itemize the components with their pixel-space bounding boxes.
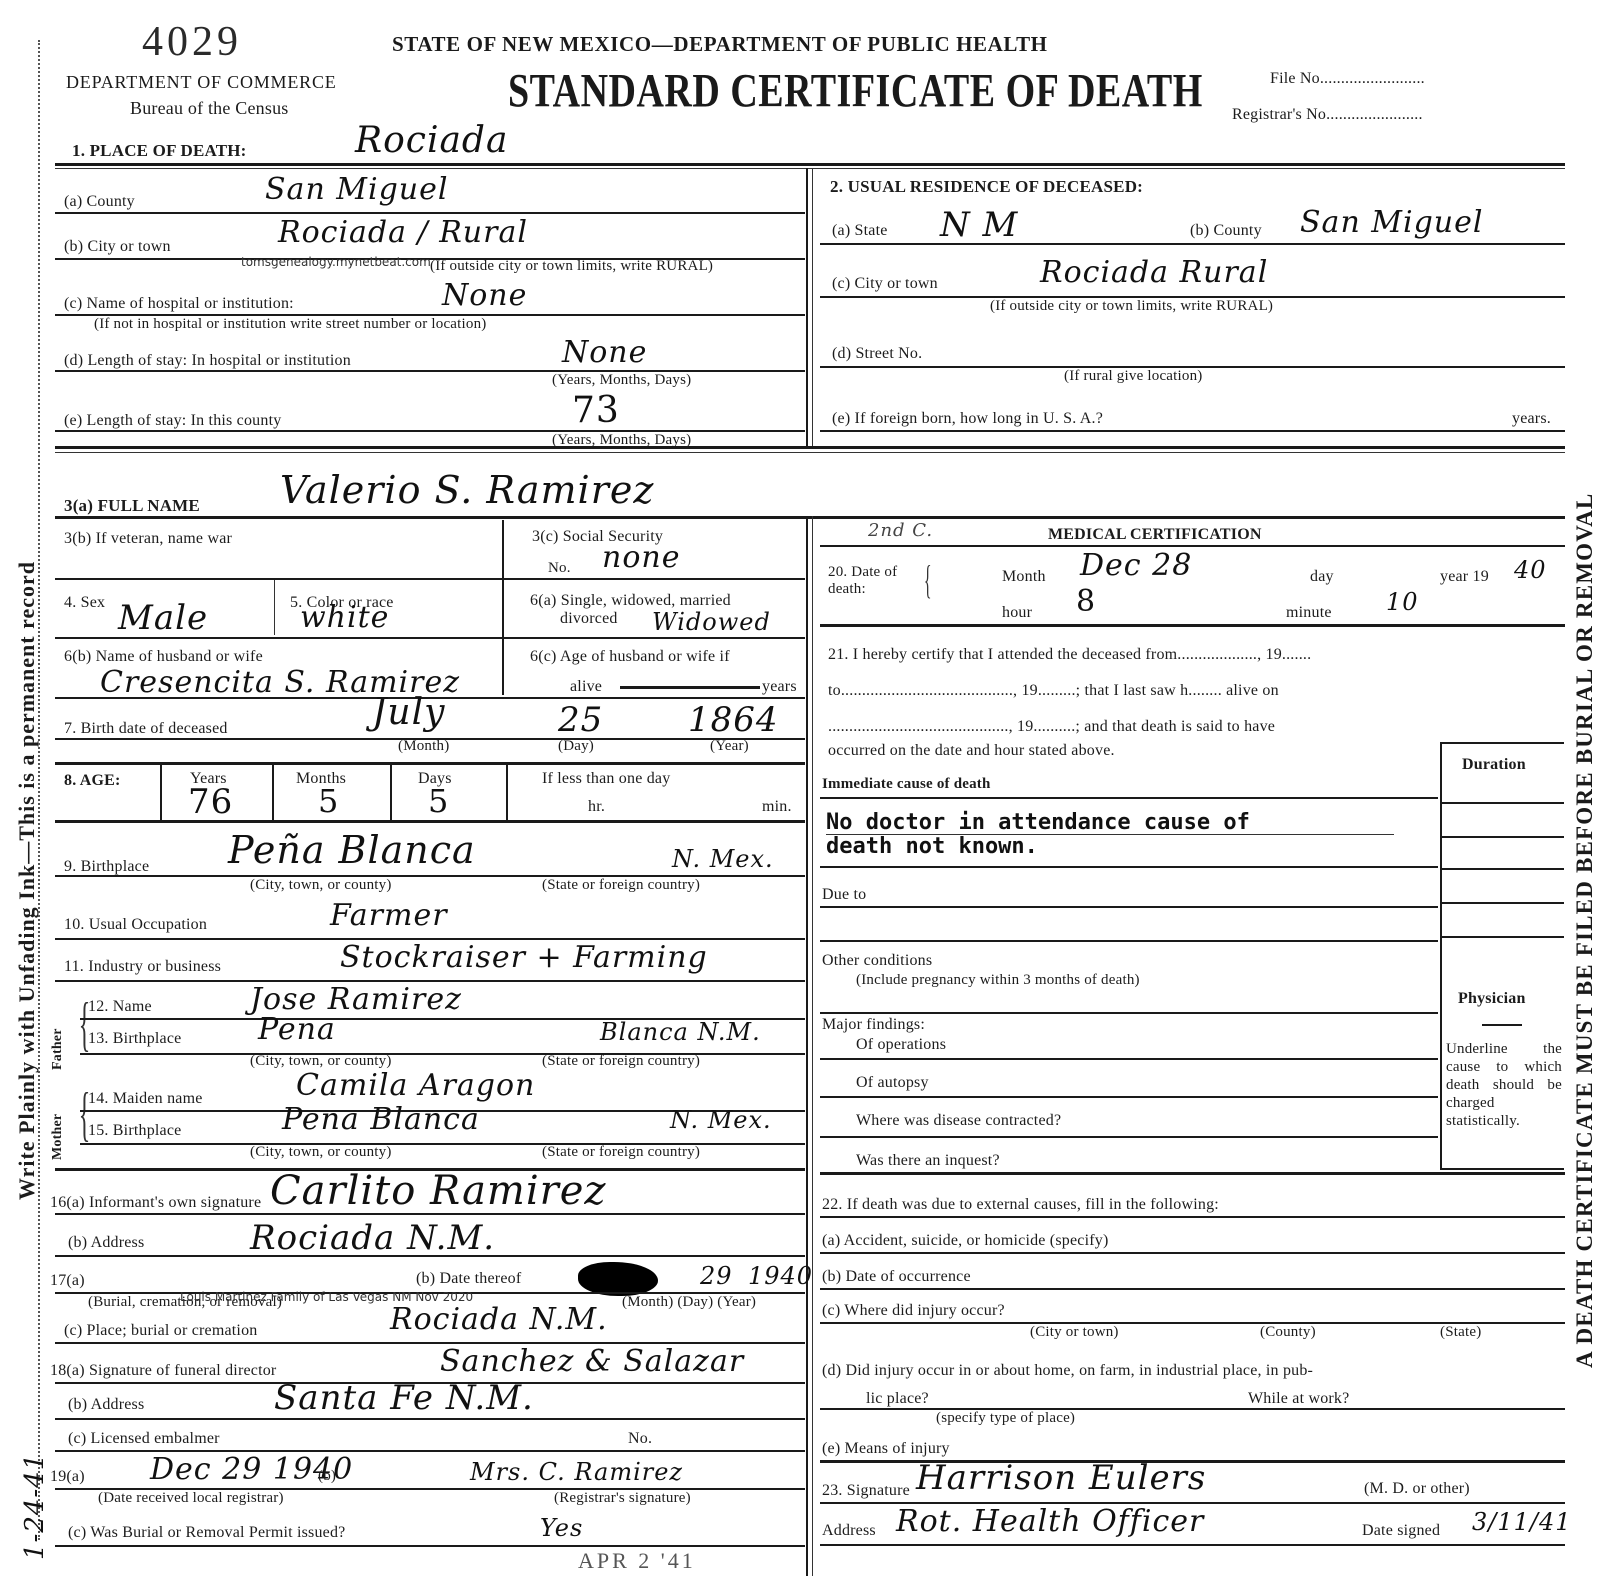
death-minute-label: minute (1286, 604, 1332, 622)
min-label: min. (762, 798, 792, 816)
age-years[interactable]: 76 (188, 782, 233, 822)
hospital-value[interactable]: None (442, 278, 527, 313)
birth-year-hint: (Year) (710, 738, 749, 755)
informant-signature-label: 16(a) Informant's own signature (50, 1194, 261, 1212)
res-state-label: (a) State (832, 222, 888, 240)
immediate-cause-line-1[interactable]: No doctor in attendance cause of (826, 810, 1250, 835)
father-birthplace-label: 13. Birthplace (88, 1030, 181, 1048)
mother-birthplace-state[interactable]: N. Mex. (670, 1106, 772, 1134)
marital-value[interactable]: Widowed (652, 608, 771, 636)
burial-date-year[interactable]: 1940 (748, 1262, 813, 1290)
due-to-label: Due to (822, 886, 866, 904)
res-county-value[interactable]: San Miguel (1300, 205, 1483, 240)
age-label: 8. AGE: (64, 772, 121, 790)
federal-department: DEPARTMENT OF COMMERCE (66, 72, 337, 93)
physician-address-label: Address (822, 1522, 876, 1540)
sex-value[interactable]: Male (118, 598, 208, 638)
stay-hospital-label: (d) Length of stay: In hospital or insti… (64, 352, 351, 370)
date-signed-label: Date signed (1362, 1522, 1440, 1540)
funeral-director-address[interactable]: Santa Fe N.M. (274, 1378, 534, 1418)
birth-date-label: 7. Birth date of deceased (64, 720, 228, 738)
birth-month-hint: (Month) (398, 738, 449, 755)
physician-signature[interactable]: Harrison Eulers (916, 1458, 1206, 1498)
death-date-label: 20. Date of death: (828, 564, 908, 598)
mother-state-hint: (State or foreign country) (542, 1144, 700, 1161)
stay-hospital-value[interactable]: None (562, 335, 647, 370)
spouse-age-alive: alive (570, 678, 602, 696)
spouse-label: 6(b) Name of husband or wife (64, 648, 263, 666)
physician-address[interactable]: Rot. Health Officer (896, 1504, 1204, 1539)
father-name-label: 12. Name (88, 998, 152, 1016)
birthplace-city-hint: (City, town, or county) (250, 877, 392, 894)
mother-birthplace-label: 15. Birthplace (88, 1122, 181, 1140)
mother-birthplace-city[interactable]: Pena Blanca (282, 1102, 480, 1137)
registrar-date-hint: (Date received local registrar) (98, 1490, 284, 1507)
stay-county-label: (e) Length of stay: In this county (64, 412, 281, 430)
sex-label: 4. Sex (64, 594, 105, 612)
occupation-label: 10. Usual Occupation (64, 916, 207, 934)
death-hour[interactable]: 8 (1076, 584, 1096, 619)
death-year-label: year 19 (1440, 568, 1489, 586)
physician-label: Physician (1458, 990, 1526, 1008)
city-value[interactable]: Rociada / Rural (278, 215, 528, 250)
external-causes-label: 22. If death was due to external causes,… (822, 1196, 1219, 1214)
mother-side-label: Mother (50, 1114, 66, 1160)
father-birthplace-state[interactable]: Blanca N.M. (600, 1018, 761, 1046)
registrar-date-label: 19(a) (50, 1468, 85, 1486)
embalmer-no-label: No. (628, 1430, 652, 1448)
industry-label: 11. Industry or business (64, 958, 221, 976)
funeral-director[interactable]: Sanchez & Salazar (440, 1344, 744, 1379)
death-month[interactable]: Dec 28 (1080, 548, 1192, 583)
external-e-label: (e) Means of injury (822, 1440, 950, 1458)
state-department-heading: STATE OF NEW MEXICO—DEPARTMENT OF PUBLIC… (392, 32, 1048, 57)
res-city-value[interactable]: Rociada Rural (1040, 255, 1268, 290)
birthplace-state[interactable]: N. Mex. (672, 845, 774, 873)
informant-address[interactable]: Rociada N.M. (250, 1218, 495, 1258)
burial-place-label: (c) Place; burial or cremation (64, 1322, 257, 1340)
age-days[interactable]: 5 (428, 782, 449, 820)
mother-name[interactable]: Camila Aragon (296, 1068, 535, 1103)
left-perforation (38, 40, 41, 1540)
burial-label: 17(a) (50, 1272, 85, 1290)
external-c-label: (c) Where did injury occur? (822, 1302, 1005, 1320)
race-value[interactable]: white (300, 600, 389, 635)
inquest-label: Was there an inquest? (856, 1152, 1000, 1170)
left-handwritten-date: 1-24-41 (20, 1453, 50, 1560)
external-d-label-2: lic place? (866, 1390, 929, 1408)
stay-county-value[interactable]: 73 (572, 390, 620, 431)
certificate-number: 4029 (142, 18, 242, 66)
ss-no-label: No. (548, 560, 571, 577)
registrar-signature[interactable]: Mrs. C. Ramirez (470, 1458, 683, 1486)
funeral-director-label: 18(a) Signature of funeral director (50, 1362, 276, 1380)
external-c-city: (City or town) (1030, 1324, 1119, 1341)
certificate-title: STANDARD CERTIFICATE OF DEATH (508, 64, 1203, 119)
burial-place[interactable]: Rociada N.M. (390, 1302, 608, 1337)
left-margin-notice: Write Plainly with Unfading Ink—This is … (14, 561, 40, 1200)
city-hint: (If outside city or town limits, write R… (430, 258, 713, 275)
registrar-no-field[interactable]: Registrar's No....................... (1232, 106, 1423, 124)
veteran-label: 3(b) If veteran, name war (64, 530, 232, 548)
informant-address-label: (b) Address (68, 1234, 144, 1252)
less-day-label: If less than one day (542, 770, 670, 788)
registrar-sig-hint: (Registrar's signature) (554, 1490, 691, 1507)
birthplace-city[interactable]: Peña Blanca (228, 828, 476, 872)
certify-line-4: occurred on the date and hour stated abo… (828, 742, 1115, 760)
external-c-state: (State) (1440, 1324, 1481, 1341)
underline-note: Underline the cause to which death shoul… (1446, 1040, 1562, 1130)
res-state-value[interactable]: N M (940, 205, 1018, 245)
marital-label-2: divorced (560, 610, 618, 628)
date-signed[interactable]: 3/11/41 (1472, 1508, 1572, 1536)
permit-label: (c) Was Burial or Removal Permit issued? (68, 1524, 345, 1542)
death-year[interactable]: 40 (1514, 556, 1547, 584)
received-stamp: APR 2 '41 (578, 1548, 696, 1574)
occupation-value[interactable]: Farmer (330, 898, 448, 933)
autopsy-label: Of autopsy (856, 1074, 929, 1092)
external-c-county: (County) (1260, 1324, 1316, 1341)
age-months[interactable]: 5 (318, 782, 339, 820)
death-minute[interactable]: 10 (1386, 588, 1419, 616)
res-city-hint: (If outside city or town limits, write R… (990, 298, 1273, 315)
immediate-cause-label: Immediate cause of death (822, 776, 991, 793)
informant-signature[interactable]: Carlito Ramirez (270, 1168, 607, 1214)
death-date-brace-icon: { (924, 556, 932, 603)
external-a-label: (a) Accident, suicide, or homicide (spec… (822, 1232, 1108, 1250)
residence-heading: 2. USUAL RESIDENCE OF DECEASED: (830, 177, 1143, 197)
burial-date-hint: (Month) (Day) (Year) (622, 1294, 756, 1311)
watermark-site: tomsgenealogy.mynetbeat.com (241, 255, 431, 269)
certify-line-1: 21. I hereby certify that I attended the… (828, 646, 1311, 664)
external-b-label: (b) Date of occurrence (822, 1268, 971, 1286)
birth-day[interactable]: 25 (558, 700, 603, 740)
birth-month[interactable]: July (372, 692, 445, 733)
permit-value[interactable]: Yes (540, 1514, 583, 1542)
spouse-age-unit: years (762, 678, 797, 696)
hr-label: hr. (588, 798, 605, 816)
major-findings-label: Major findings: (822, 1016, 925, 1034)
immediate-cause-line-2[interactable]: death not known. (826, 834, 1038, 859)
registrar-sig-label: (b) (318, 1468, 336, 1485)
res-street-label: (d) Street No. (832, 345, 922, 363)
county-value[interactable]: San Miguel (265, 172, 448, 207)
mother-city-hint: (City, town, or county) (250, 1144, 392, 1161)
hospital-label: (c) Name of hospital or institution: (64, 295, 294, 313)
funeral-director-address-label: (b) Address (68, 1396, 144, 1414)
birthplace-label: 9. Birthplace (64, 858, 149, 876)
full-name-value[interactable]: Valerio S. Ramirez (280, 468, 654, 512)
place-of-death-value[interactable]: Rociada (355, 120, 508, 161)
operations-label: Of operations (856, 1036, 946, 1054)
place-of-death-label: 1. PLACE OF DEATH: (72, 141, 247, 161)
res-county-label: (b) County (1190, 222, 1262, 240)
res-city-label: (c) City or town (832, 275, 938, 293)
burial-date-day[interactable]: 29 (700, 1262, 733, 1290)
medical-note: 2nd C. (868, 520, 933, 541)
birthplace-state-hint: (State or foreign country) (542, 877, 700, 894)
res-street-hint: (If rural give location) (1064, 368, 1203, 385)
father-side-label: Father (50, 1028, 66, 1070)
duration-label: Duration (1462, 756, 1526, 774)
bureau-name: Bureau of the Census (130, 98, 288, 119)
medical-heading: MEDICAL CERTIFICATION (1048, 526, 1262, 544)
stay-hospital-hint: (Years, Months, Days) (552, 372, 691, 389)
external-d-label: (d) Did injury occur in or about home, o… (822, 1362, 1313, 1380)
file-no-field[interactable]: File No......................... (1270, 70, 1425, 88)
certify-line-3: ........................................… (828, 718, 1275, 736)
mother-name-label: 14. Maiden name (88, 1090, 203, 1108)
father-birthplace-city[interactable]: Pena (258, 1012, 336, 1047)
external-d-hint: (specify type of place) (936, 1410, 1075, 1427)
other-conditions-hint: (Include pregnancy within 3 months of de… (856, 972, 1140, 989)
other-conditions-label: Other conditions (822, 952, 932, 970)
industry-value[interactable]: Stockraiser + Farming (340, 940, 708, 975)
city-label: (b) City or town (64, 238, 171, 256)
disease-contracted-label: Where was disease contracted? (856, 1112, 1061, 1130)
birth-day-hint: (Day) (558, 738, 594, 755)
hospital-hint: (If not in hospital or institution write… (94, 316, 487, 333)
embalmer-label: (c) Licensed embalmer (68, 1430, 220, 1448)
birth-year[interactable]: 1864 (688, 700, 779, 740)
certify-line-2: to......................................… (828, 682, 1279, 700)
county-label: (a) County (64, 193, 135, 211)
death-hour-label: hour (1002, 604, 1032, 622)
external-d-work: While at work? (1248, 1390, 1349, 1408)
spouse-age-label: 6(c) Age of husband or wife if (530, 648, 730, 666)
ss-value[interactable]: none (602, 540, 680, 575)
full-name-label: 3(a) FULL NAME (64, 496, 200, 516)
death-month-label: Month (1002, 568, 1046, 586)
right-margin-notice: A DEATH CERTIFICATE MUST BE FILED BEFORE… (1572, 493, 1598, 1368)
burial-date-label: (b) Date thereof (416, 1270, 521, 1288)
physician-signature-hint: (M. D. or other) (1364, 1480, 1470, 1498)
father-state-hint: (State or foreign country) (542, 1053, 700, 1070)
res-foreign-unit: years. (1512, 410, 1551, 428)
physician-signature-label: 23. Signature (822, 1482, 910, 1500)
death-day-label: day (1310, 568, 1334, 586)
ink-blot (578, 1262, 658, 1296)
res-foreign-label: (e) If foreign born, how long in U. S. A… (832, 410, 1103, 428)
